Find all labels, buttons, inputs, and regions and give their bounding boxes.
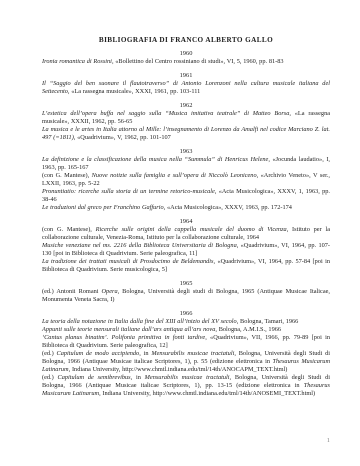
entry-title-segment: Opera: [102, 288, 118, 295]
entry-text-segment: , Bologna, Tamari, 1966: [237, 318, 299, 325]
bibliography-entry: La teoria della notazione in Italia dall…: [42, 318, 330, 326]
year-heading: 1965: [42, 280, 330, 288]
entry-text-segment: , Indiana University, http://www.chmtl.i…: [99, 390, 315, 397]
document-page: BIBLIOGRAFIA DI FRANCO ALBERTO GALLO 196…: [0, 0, 360, 466]
entry-title-segment: La tradizione dei trattati musicali di P…: [42, 258, 213, 265]
entry-title-segment: Ironia romantica di Rossini: [42, 58, 112, 65]
year-heading: 1961: [42, 72, 330, 80]
entry-title-segment: Ricerche sulle origini della cappella mu…: [96, 226, 287, 233]
bibliography-entry: (con G. Mantese), Nuove notizie sulla fa…: [42, 172, 330, 188]
entry-title-segment: Mensurabilis musicae tractatuli: [145, 374, 230, 381]
entry-title-segment: La definizione e la classificazione dell…: [42, 156, 268, 163]
entry-text-segment: , Indiana University, http://www.chmtl.i…: [69, 366, 288, 373]
biblio-section-1960: 1960Ironia romantica di Rossini, «Bollet…: [42, 50, 330, 66]
bibliography-entry: ‘Cantus planus binatim’. Polifonia primi…: [42, 334, 330, 350]
entry-text-segment: , Bologna, A.M.I.S., 1966: [215, 326, 281, 333]
entry-title-segment: Nuove notizie sulla famiglia e sull’oper…: [92, 172, 257, 179]
bibliography-entry: Ironia romantica di Rossini, «Bollettino…: [42, 58, 330, 66]
entry-title-segment: Appunti sulle teorie mensurali italiane …: [42, 326, 215, 333]
year-heading: 1963: [42, 148, 330, 156]
year-heading: 1964: [42, 218, 330, 226]
bibliography-entry: La tradizione dei trattati musicali di P…: [42, 258, 330, 274]
entry-title-segment: ‘Cantus planus binatim’. Polifonia primi…: [42, 334, 205, 341]
entry-text-segment: , «Bollettino del Centro rossiniano di s…: [112, 58, 284, 65]
page-number: 1: [327, 437, 330, 444]
biblio-section-1964: 1964(con G. Mantese), Ricerche sulle ori…: [42, 218, 330, 274]
entry-text-segment: , «Quadrivium», V, 1962, pp. 101-107: [74, 134, 171, 141]
entry-text-segment: (ed.): [42, 374, 58, 381]
biblio-section-1961: 1961Il “Saggio del ben suonare il flauto…: [42, 72, 330, 96]
entry-text-segment: (ed.) Antonii Romani: [42, 288, 102, 295]
bibliography-sections: 1960Ironia romantica di Rossini, «Bollet…: [42, 50, 330, 398]
bibliography-entry: (ed.) Capitulum de modo accipiendo, in M…: [42, 350, 330, 374]
entry-text-segment: (con G. Mantese),: [42, 172, 92, 179]
entry-text-segment: , «La rassegna musicale», XXXI, 1961, pp…: [68, 88, 200, 95]
bibliography-entry: La definizione e la classificazione dell…: [42, 156, 330, 172]
bibliography-entry: (ed.) Antonii Romani Opera, Bologna, Uni…: [42, 288, 330, 304]
entry-title-segment: La teoria della notazione in Italia dall…: [42, 318, 237, 325]
entry-title-segment: Capitulum de semibrevibus: [58, 374, 131, 381]
year-heading: 1966: [42, 310, 330, 318]
bibliography-entry: Pronuntiatio: ricerche sulla storia di u…: [42, 188, 330, 204]
bibliography-entry: (ed.) Capitulum de semibrevibus, in Mens…: [42, 374, 330, 398]
bibliography-entry: Le traduzioni dal greco per Franchino Ga…: [42, 204, 330, 212]
entry-title-segment: Musiche veneziane nel ms. 2216 della Bib…: [42, 242, 237, 249]
year-heading: 1962: [42, 102, 330, 110]
biblio-section-1962: 1962L’estetica dell’opera buffa nel sagg…: [42, 102, 330, 142]
entry-title-segment: Pronuntiatio: ricerche sulla storia di u…: [42, 188, 215, 195]
page-title: BIBLIOGRAFIA DI FRANCO ALBERTO GALLO: [42, 36, 330, 45]
entry-title-segment: L’estetica dell’opera buffa nel saggio s…: [42, 110, 289, 117]
bibliography-entry: L’estetica dell’opera buffa nel saggio s…: [42, 110, 330, 126]
bibliography-entry: (con G. Mantese), Ricerche sulle origini…: [42, 226, 330, 242]
entry-title-segment: Capitulum de modo accipiendo: [57, 350, 140, 357]
entry-text-segment: (con G. Mantese),: [42, 226, 96, 233]
biblio-section-1963: 1963La definizione e la classificazione …: [42, 148, 330, 212]
entry-text-segment: , in: [131, 374, 145, 381]
entry-title-segment: Le traduzioni dal greco per Franchino Ga…: [42, 204, 164, 211]
entry-text-segment: , «Acta Musicologica», XXXV, 1963, pp. 1…: [164, 204, 292, 211]
entry-text-segment: , in: [139, 350, 151, 357]
bibliography-entry: Appunti sulle teorie mensurali italiane …: [42, 326, 330, 334]
entry-title-segment: Mensurabilis musicae tractatuli: [151, 350, 234, 357]
bibliography-entry: Il “Saggio del ben suonare il flautotrav…: [42, 80, 330, 96]
biblio-section-1965: 1965(ed.) Antonii Romani Opera, Bologna,…: [42, 280, 330, 304]
bibliography-entry: Musiche veneziane nel ms. 2216 della Bib…: [42, 242, 330, 258]
entry-text-segment: (ed.): [42, 350, 57, 357]
biblio-section-1966: 1966La teoria della notazione in Italia …: [42, 310, 330, 398]
year-heading: 1960: [42, 50, 330, 58]
bibliography-entry: La musica e le artes in Italia attorno a…: [42, 126, 330, 142]
